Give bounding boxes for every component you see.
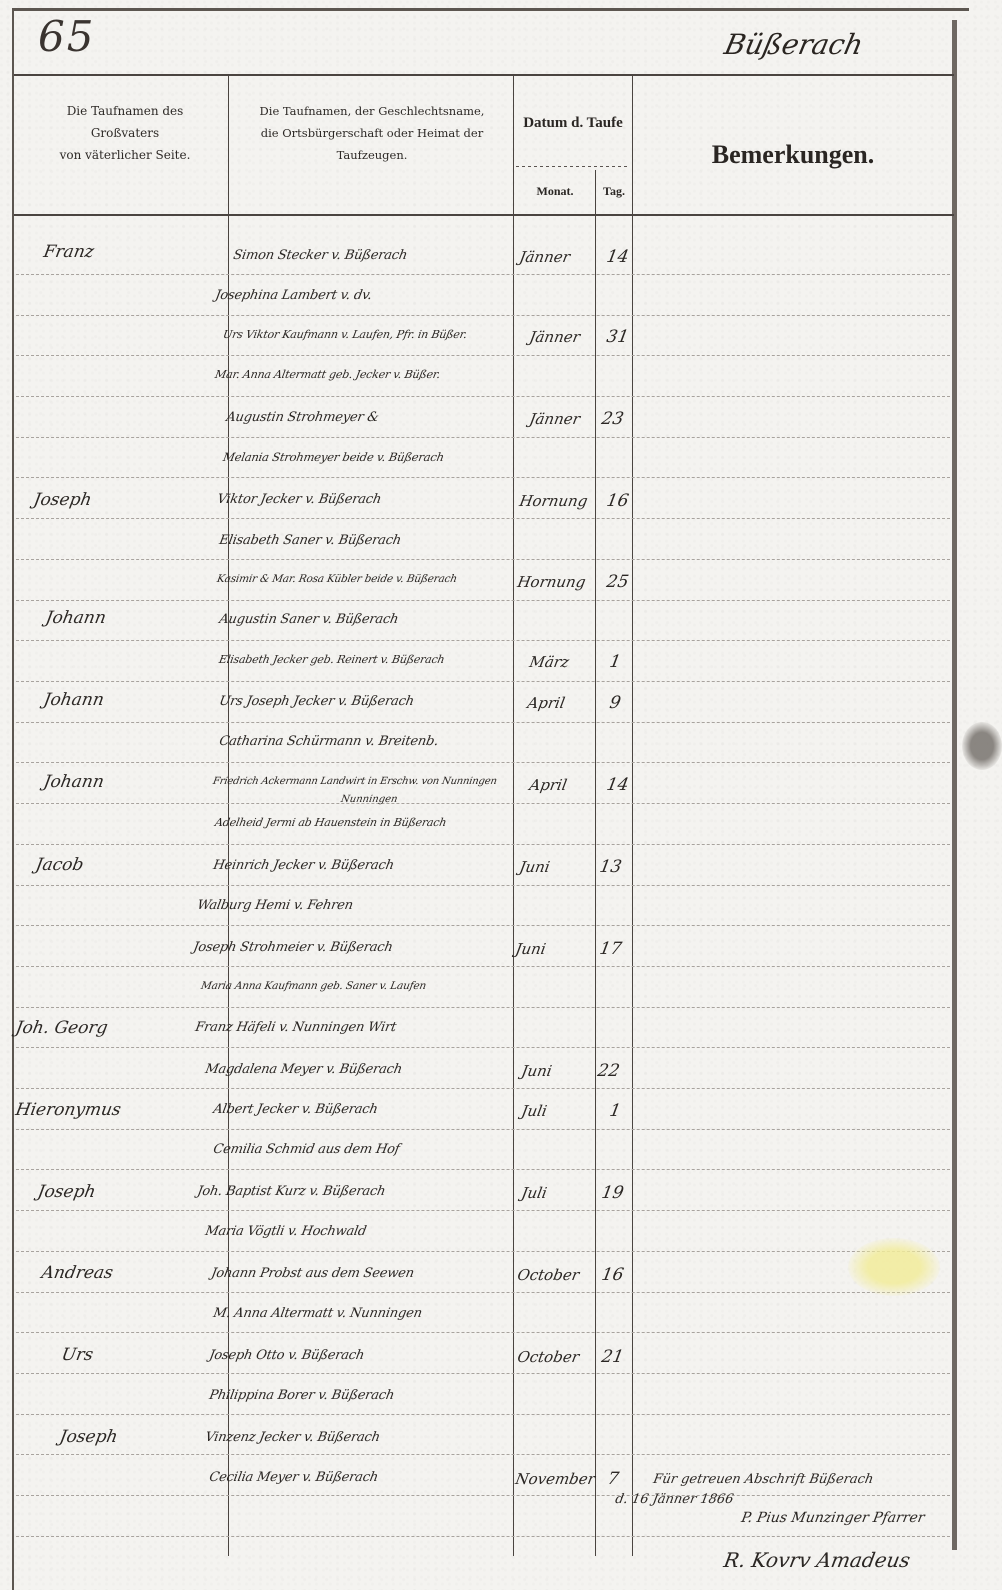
godparent-line: Urs Joseph Jecker v. Büßerach <box>218 694 415 709</box>
godparent-line: Kasimir & Mar. Rosa Kübler beide v. Büße… <box>216 573 458 585</box>
ruled-line <box>16 1169 950 1170</box>
baptism-month: März <box>528 653 571 671</box>
baptism-month: November <box>514 1470 597 1488</box>
header-date: Datum d. Taufe <box>514 115 632 132</box>
ruled-line <box>16 1414 950 1415</box>
ruled-line <box>16 355 950 356</box>
ruled-line <box>16 722 950 723</box>
attestation-date: d. 16 Jänner 1866 <box>614 1492 735 1507</box>
header-month: Monat. <box>514 184 596 199</box>
ruled-line <box>16 1454 950 1455</box>
ruled-line <box>16 1047 950 1048</box>
godparent-line: Cecilia Meyer v. Büßerach <box>208 1470 379 1485</box>
header-remarks: Bemerkungen. <box>634 140 952 170</box>
grandfather-name: Joh. Georg <box>14 1018 109 1038</box>
godparent-line: Catharina Schürmann v. Breitenb. <box>218 734 439 749</box>
ruled-line <box>16 1373 950 1374</box>
baptism-day: 16 <box>600 1265 625 1285</box>
godparent-line: Joh. Baptist Kurz v. Büßerach <box>196 1184 387 1199</box>
godparent-line: M. Anna Altermatt v. Nunningen <box>212 1306 423 1321</box>
godparent-line: Urs Viktor Kaufmann v. Laufen, Pfr. in B… <box>222 328 468 341</box>
ruled-line <box>16 600 950 601</box>
header-godparents: Die Taufnamen, der Geschlechtsname, die … <box>232 100 512 166</box>
yellow-stain <box>848 1238 940 1296</box>
ruled-line <box>16 1536 950 1537</box>
godparent-line: Franz Häfeli v. Nunningen Wirt <box>194 1020 397 1035</box>
godparent-line: Philippina Borer v. Büßerach <box>208 1388 395 1403</box>
baptism-day: 21 <box>600 1347 625 1367</box>
godparent-line: Heinrich Jecker v. Büßerach <box>212 858 395 873</box>
register-frame-right-border <box>952 20 957 1550</box>
baptism-day: 17 <box>598 939 623 959</box>
godparent-line: Mar. Anna Altermatt geb. Jecker v. Büßer… <box>214 368 441 381</box>
baptism-month: April <box>526 694 566 712</box>
ruled-line <box>16 762 950 763</box>
ruled-line <box>16 925 950 926</box>
baptism-month: Hornung <box>516 573 587 591</box>
signature-second: R. Kovrv Amadeus <box>722 1548 912 1572</box>
header-day: Tag. <box>596 184 632 199</box>
grandfather-name: Johann <box>44 608 108 628</box>
ruled-line <box>16 1292 950 1293</box>
godparent-line: Magdalena Meyer v. Büßerach <box>204 1062 403 1077</box>
godparent-line: Elisabeth Jecker geb. Reinert v. Büßerac… <box>218 653 446 666</box>
godparent-line: Melania Strohmeyer beide v. Büßerach <box>222 450 445 464</box>
baptism-month: Juni <box>518 858 551 876</box>
baptism-month: Hornung <box>518 492 589 510</box>
godparent-line: Maria Anna Kaufmann geb. Saner v. Laufen <box>200 980 427 992</box>
godparent-line: Viktor Jecker v. Büßerach <box>216 492 382 507</box>
grandfather-name: Hieronymus <box>14 1100 123 1120</box>
grandfather-name: Johann <box>42 772 106 792</box>
grandfather-name: Franz <box>42 242 95 262</box>
baptism-month: Juni <box>514 940 547 958</box>
ruled-line <box>16 396 950 397</box>
grandfather-name: Johann <box>42 690 106 710</box>
header-godparents-line1: Die Taufnamen, der Geschlechtsname, <box>232 100 512 122</box>
ruled-line <box>16 885 950 886</box>
godparent-line: Augustin Saner v. Büßerach <box>218 612 400 627</box>
ruled-line <box>16 1007 950 1008</box>
header-bottom-rule <box>14 214 954 216</box>
baptism-month: April <box>528 776 568 794</box>
page-number: 65 <box>38 12 95 61</box>
baptism-day: 23 <box>600 409 625 429</box>
godparent-line: Joseph Strohmeier v. Büßerach <box>192 940 394 955</box>
godparent-note: Nunningen <box>340 794 398 805</box>
godparent-line: Joseph Otto v. Büßerach <box>208 1348 365 1363</box>
godparent-line: Friedrich Ackermann Landwirt in Erschw. … <box>212 776 498 787</box>
baptism-day: 13 <box>598 857 623 877</box>
ruled-line <box>16 1210 950 1211</box>
header-grandfather-line1: Die Taufnamen des <box>30 100 220 122</box>
parish-name: Büßerach <box>721 28 866 61</box>
ruled-line <box>16 1251 950 1252</box>
baptism-month: October <box>516 1266 581 1284</box>
grandfather-name: Joseph <box>32 490 93 510</box>
baptism-month: Jänner <box>528 328 582 346</box>
baptism-day: 25 <box>605 572 630 592</box>
header-godparents-line3: Taufzeugen. <box>232 144 512 166</box>
column-divider-2 <box>513 76 514 1556</box>
header-godparents-line2: die Ortsbürgerschaft oder Heimat der <box>232 122 512 144</box>
gray-stain <box>962 722 1002 770</box>
header-grandfather: Die Taufnamen des Großvaters von väterli… <box>30 100 220 166</box>
ruled-line <box>16 559 950 560</box>
header-grandfather-line2: Großvaters <box>30 122 220 144</box>
ruled-line <box>16 437 950 438</box>
ruled-line <box>16 966 950 967</box>
godparent-line: Maria Vögtli v. Hochwald <box>204 1224 367 1239</box>
signature-priest: P. Pius Munzinger Pfarrer <box>740 1510 926 1526</box>
grandfather-name: Joseph <box>36 1182 97 1202</box>
baptism-month: October <box>516 1348 581 1366</box>
godparent-line: Cemilia Schmid aus dem Hof <box>212 1142 401 1157</box>
baptism-month: Juli <box>520 1102 548 1120</box>
header-top-rule <box>14 74 954 76</box>
ruled-line <box>16 1088 950 1089</box>
godparent-line: Adelheid Jermi ab Hauenstein in Büßerach <box>214 816 447 829</box>
baptism-month: Juni <box>520 1062 553 1080</box>
ruled-line <box>16 274 950 275</box>
ruled-line <box>16 1332 950 1333</box>
baptism-month: Juli <box>520 1184 548 1202</box>
godparent-line: Walburg Hemi v. Fehren <box>196 898 354 913</box>
baptism-day: 14 <box>605 247 630 267</box>
ruled-line <box>16 1129 950 1130</box>
date-subheader-wavy-rule <box>516 166 630 167</box>
ruled-line <box>16 640 950 641</box>
baptism-day: 22 <box>596 1061 621 1081</box>
column-divider-month-day <box>595 170 596 1556</box>
godparent-line: Johann Probst aus dem Seewen <box>210 1266 415 1281</box>
ruled-line <box>16 844 950 845</box>
grandfather-name: Urs <box>60 1345 95 1365</box>
grandfather-name: Joseph <box>58 1427 119 1447</box>
grandfather-name: Jacob <box>34 855 85 875</box>
ruled-line <box>16 681 950 682</box>
ruled-line <box>16 518 950 519</box>
ruled-line <box>16 803 950 804</box>
baptism-month: Jänner <box>528 410 582 428</box>
column-divider-3 <box>632 76 633 1556</box>
baptism-day: 16 <box>605 491 630 511</box>
header-grandfather-line3: von väterlicher Seite. <box>30 144 220 166</box>
godparent-line: Josephina Lambert v. dv. <box>214 288 373 303</box>
godparent-line: Elisabeth Saner v. Büßerach <box>218 533 402 548</box>
godparent-line: Simon Stecker v. Büßerach <box>232 248 408 263</box>
baptism-day: 14 <box>605 775 630 795</box>
godparent-line: Augustin Strohmeyer & <box>225 410 380 425</box>
baptism-day: 19 <box>600 1183 625 1203</box>
baptism-month: Jänner <box>518 248 572 266</box>
baptism-day: 31 <box>605 327 630 347</box>
attestation-note: Für getreuen Abschrift Büßerach <box>652 1472 875 1487</box>
ruled-line <box>16 477 950 478</box>
register-frame <box>12 8 969 1590</box>
ruled-line <box>16 315 950 316</box>
grandfather-name: Andreas <box>40 1263 115 1283</box>
ruled-line <box>16 1495 950 1496</box>
godparent-line: Vinzenz Jecker v. Büßerach <box>204 1430 381 1445</box>
godparent-line: Albert Jecker v. Büßerach <box>212 1102 379 1117</box>
